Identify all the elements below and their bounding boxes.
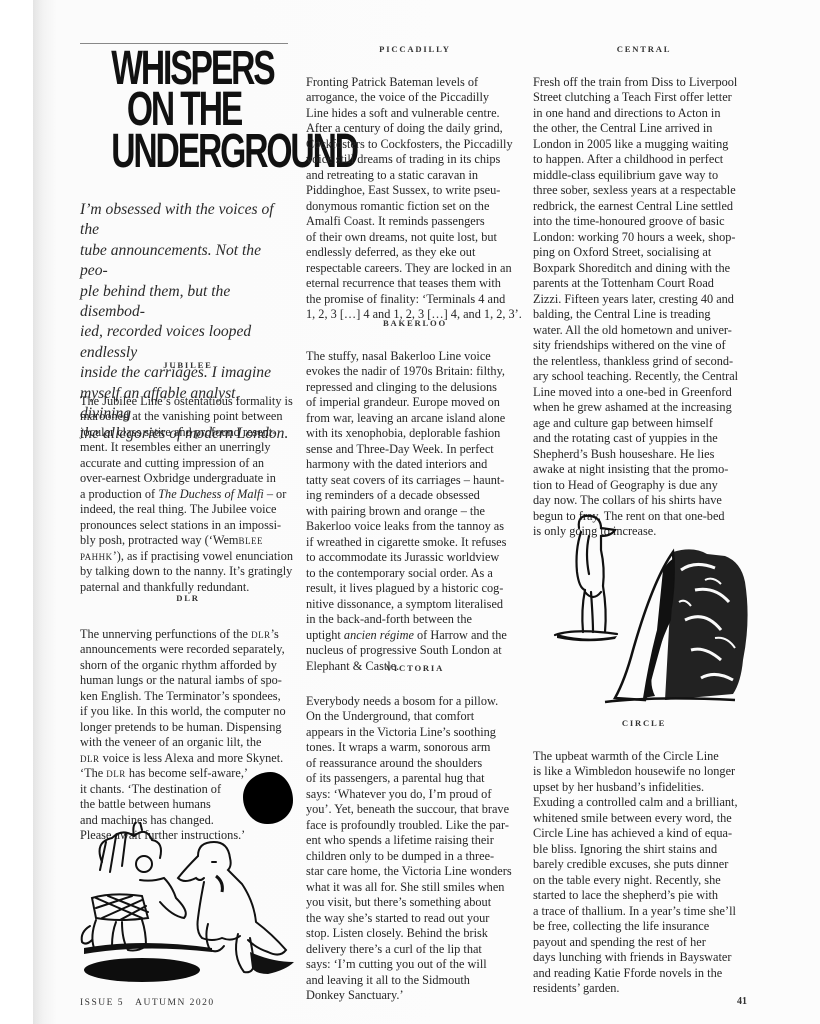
body-line: residents’ garden. — [533, 981, 755, 997]
intro-line: tube announcements. Not the peo- — [80, 241, 292, 282]
body-line: to happen. After a childhood in perfect — [533, 152, 755, 168]
body-line: marooned at the vanishing point between — [80, 409, 296, 425]
body-line: balding, the Central Line is treading — [533, 307, 755, 323]
body-line: arrogance, the voice of the Piccadilly — [306, 90, 524, 106]
body-line: what it was all for. She still smiles wh… — [306, 880, 524, 896]
body-line: Boxpark Shoreditch and dining with the — [533, 261, 755, 277]
body-line: by talking down to the nanny. It’s grati… — [80, 564, 296, 580]
section-label-central: CENTRAL — [533, 42, 755, 58]
body-line: says: ‘I’m cutting you out of the will — [306, 957, 524, 973]
body-line: in one hand and directions to Acton in — [533, 106, 755, 122]
section-bakerloo: BAKERLOO The stuffy, nasal Bakerloo Line… — [306, 316, 524, 674]
body-line: Line hides a soft and vulnerable centre. — [306, 106, 524, 122]
body-line: donymous romantic fiction set on the — [306, 199, 524, 215]
section-piccadilly: PICCADILLY Fronting Patrick Bateman leve… — [306, 42, 524, 323]
body-line: and the rotating cast of yuppies in the — [533, 431, 755, 447]
body-line: endlessly deferred, as they eke out — [306, 245, 524, 261]
body-line: if you like. In this world, the computer… — [80, 704, 296, 720]
section-central: CENTRAL Fresh off the train from Diss to… — [533, 42, 755, 540]
body-line: announcements were recorded separately, — [80, 642, 296, 658]
body-line: into the time-honoured groove of basic — [533, 214, 755, 230]
body-line: whitened smile between every word, the — [533, 811, 755, 827]
body-line: a production of The Duchess of Malfi – o… — [80, 487, 296, 503]
body-line: Fronting Patrick Bateman levels of — [306, 75, 524, 91]
body-line: Fresh off the train from Diss to Liverpo… — [533, 75, 755, 91]
body-line: nitive dissonance, a symptom literalised — [306, 597, 524, 613]
body-line: sity friendships withered on the vine of — [533, 338, 755, 354]
body-line: ent who spends a lifetime raising their — [306, 833, 524, 849]
body-line: The unnerving perfunctions of the dlr’s — [80, 627, 296, 643]
body-line: evokes the nadir of 1970s Britain: filth… — [306, 364, 524, 380]
body-line: barely credible excuses, she puts dinner — [533, 857, 755, 873]
body-line: repressed and clinging to the delusions — [306, 380, 524, 396]
body-line: of reassurance around the shoulders — [306, 756, 524, 772]
section-label-bakerloo: BAKERLOO — [306, 316, 524, 332]
body-line: respectable careers. They are locked in … — [306, 261, 524, 277]
body-line: The stuffy, nasal Bakerloo Line voice — [306, 349, 524, 365]
body-line: upset by her husband’s infidelities. — [533, 780, 755, 796]
body-line: you visit, but there’s something about — [306, 895, 524, 911]
body-line: three sober, sexless years at a respecta… — [533, 183, 755, 199]
body-line: awake at night insisting that the promo- — [533, 462, 755, 478]
body-line: of imperial grandeur. Europe moved on — [306, 395, 524, 411]
body-line: tones. It wraps a warm, sonorous arm — [306, 740, 524, 756]
section-circle: CIRCLE The upbeat warmth of the Circle L… — [533, 716, 755, 997]
body-line: ken English. The Terminator’s spondees, — [80, 689, 296, 705]
body-line: London in 2005 like a mugging waiting — [533, 137, 755, 153]
body-line: says: ‘Whatever you do, I’m proud of — [306, 787, 524, 803]
body-line: if wreathed in cigarette smoke. It refus… — [306, 535, 524, 551]
illustration-figure-and-rock — [545, 510, 760, 710]
body-line: nucleus of progressive South London at — [306, 643, 524, 659]
body-line: human lungs or the natural iambs of spo- — [80, 673, 296, 689]
body-line: water. All the old hometown and univer- — [533, 323, 755, 339]
body-line: Line moved into a one-bed in Greenford — [533, 385, 755, 401]
body-line: The Jubilee Line’s ostentatious formalit… — [80, 394, 296, 410]
body-line: star care home, the Victoria Line wonder… — [306, 864, 524, 880]
body-line: shorn of the organic rhythm afforded by — [80, 658, 296, 674]
headline-line-3: UNDERGROUND — [111, 131, 257, 172]
body-line: ing reminders of a decade obsessed — [306, 488, 524, 504]
body-line: you’. Yet, beneath the succour, that bra… — [306, 802, 524, 818]
body-line: started to lace the shepherd’s pie with — [533, 888, 755, 904]
body-line: age and culture gap between himself — [533, 416, 755, 432]
black-ink-blot — [243, 772, 293, 824]
body-line: ment. It resembles either an unerringly — [80, 440, 296, 456]
body-line: with its xenophobia, deplorable fashion — [306, 426, 524, 442]
body-line: Shepherd’s Bush houseshare. He lies — [533, 447, 755, 463]
body-line: Street clutching a Teach First offer let… — [533, 90, 755, 106]
body-line: voice still dreams of trading in its chi… — [306, 152, 524, 168]
body-line: children only to be dumped in a three- — [306, 849, 524, 865]
section-label-piccadilly: PICCADILLY — [306, 42, 524, 58]
body-line: ble bliss. Ignoring the shirt stains and — [533, 842, 755, 858]
section-label-jubilee: JUBILEE — [80, 358, 296, 374]
body-line: accurate and cutting impression of an — [80, 456, 296, 472]
body-line: is like a Wimbledon housewife no longer — [533, 764, 755, 780]
section-victoria: VICTORIA Everybody needs a bosom for a p… — [306, 661, 524, 1004]
body-line: the other, the Central Line arrived in — [533, 121, 755, 137]
circle-body: The upbeat warmth of the Circle Lineis l… — [533, 749, 755, 997]
body-line: Everybody needs a bosom for a pillow. — [306, 694, 524, 710]
section-label-victoria: VICTORIA — [306, 661, 524, 677]
victoria-body: Everybody needs a bosom for a pillow.On … — [306, 694, 524, 1004]
body-line: jocular class satire and profound resent… — [80, 425, 296, 441]
body-line: to accommodate its Jurassic worldview — [306, 550, 524, 566]
body-line: redbrick, the earnest Central Line settl… — [533, 199, 755, 215]
body-line: uptight ancien régime of Harrow and the — [306, 628, 524, 644]
body-line: On the Underground, that comfort — [306, 709, 524, 725]
body-line: Amalfi Coast. It reminds passengers — [306, 214, 524, 230]
jubilee-body: The Jubilee Line’s ostentatious formalit… — [80, 394, 296, 596]
body-line: Donkey Sanctuary.’ — [306, 988, 524, 1004]
body-line: when he grew ashamed at the increasing — [533, 400, 755, 416]
body-line: dlr voice is less Alexa and more Skynet. — [80, 751, 296, 767]
body-line: a trace of thallium. In a year’s time sh… — [533, 904, 755, 920]
body-line: day now. The collars of his shirts have — [533, 493, 755, 509]
body-line: Zizzi. Fifteen years later, cresting 40 … — [533, 292, 755, 308]
intro-line: ple behind them, but the disembod- — [80, 282, 292, 323]
body-line: Cockfosters to Cockfosters, the Piccadil… — [306, 137, 524, 153]
central-body: Fresh off the train from Diss to Liverpo… — [533, 75, 755, 540]
body-line: be free, collecting the life insurance — [533, 919, 755, 935]
body-line: pronounces select stations in an impossi… — [80, 518, 296, 534]
body-line: middle-class equilibrium gave way to — [533, 168, 755, 184]
body-line: eternal recurrence that teases them with — [306, 276, 524, 292]
body-line: of their own dreams, not quite lost, but — [306, 230, 524, 246]
body-line: London: working 70 hours a week, shop- — [533, 230, 755, 246]
body-line: indeed, the real thing. The Jubilee voic… — [80, 502, 296, 518]
section-jubilee: JUBILEE The Jubilee Line’s ostentatious … — [80, 358, 296, 595]
body-line: from war, leaving an arcane island alone — [306, 411, 524, 427]
body-line: on the table every night. Recently, she — [533, 873, 755, 889]
body-line: ping on Oxford Street, socialising at — [533, 245, 755, 261]
body-line: parents at the Tottenham Court Road — [533, 276, 755, 292]
body-line: The upbeat warmth of the Circle Line — [533, 749, 755, 765]
body-line: longer pretends to be human. Dispensing — [80, 720, 296, 736]
body-line: pahhk’), as if practising vowel enunciat… — [80, 549, 296, 565]
body-line: Bakerloo voice leaks from the tannoy as — [306, 519, 524, 535]
body-line: face is profoundly troubled. Like the pa… — [306, 818, 524, 834]
section-label-dlr: DLR — [80, 591, 296, 607]
body-line: and reading Katie Fforde novels in the — [533, 966, 755, 982]
body-line: delivery there’s a curl of the lip that — [306, 942, 524, 958]
body-line: result, it lives plagued by a historic c… — [306, 581, 524, 597]
article-headline: WHISPERS ON THE UNDERGROUND — [80, 48, 288, 172]
body-line: harmony with the dated interiors and — [306, 457, 524, 473]
body-line: over-earnest Oxbridge undergraduate in — [80, 471, 296, 487]
body-line: payout and spending the rest of her — [533, 935, 755, 951]
section-label-circle: CIRCLE — [533, 716, 755, 732]
body-line: bly posh, protracted way (‘Wemblee — [80, 533, 296, 549]
body-line: with pairing brown and orange – the — [306, 504, 524, 520]
body-line: to the contemporary social order. As a — [306, 566, 524, 582]
body-line: the relentless, thankless grind of secon… — [533, 354, 755, 370]
body-line: days lunching with friends in Bayswater — [533, 950, 755, 966]
body-line: and leaving it all to the Sidmouth — [306, 973, 524, 989]
body-line: stop. Listen closely. Behind the brisk — [306, 926, 524, 942]
body-line: with the veneer of an organic lilt, the — [80, 735, 296, 751]
body-line: the promise of finality: ‘Terminals 4 an… — [306, 292, 524, 308]
body-line: After a century of doing the daily grind… — [306, 121, 524, 137]
body-line: tatty seat covers of its carriages – hau… — [306, 473, 524, 489]
body-line: appears in the Victoria Line’s soothing — [306, 725, 524, 741]
piccadilly-body: Fronting Patrick Bateman levels ofarroga… — [306, 75, 524, 323]
bakerloo-body: The stuffy, nasal Bakerloo Line voiceevo… — [306, 349, 524, 675]
issue-info: ISSUE 5 AUTUMN 2020 — [80, 998, 215, 1008]
page-number: 41 — [737, 996, 747, 1007]
body-line: tion to Head of Geography is due any — [533, 478, 755, 494]
body-line: and retreating to a static caravan in — [306, 168, 524, 184]
illustration-two-characters-hole — [72, 822, 297, 992]
intro-line: I’m obsessed with the voices of the — [80, 200, 292, 241]
body-line: Circle Line has achieved a kind of equa- — [533, 826, 755, 842]
body-line: Exuding a controlled calm and a brillian… — [533, 795, 755, 811]
body-line: Piddinghoe, East Sussex, to write pseu- — [306, 183, 524, 199]
body-line: of its passengers, a parental hug that — [306, 771, 524, 787]
body-line: sense and Three-Day Week. In perfect — [306, 442, 524, 458]
body-line: the way she’s started to read out your — [306, 911, 524, 927]
body-line: ary school teaching. Recently, the Centr… — [533, 369, 755, 385]
body-line: in the back-and-forth between the — [306, 612, 524, 628]
